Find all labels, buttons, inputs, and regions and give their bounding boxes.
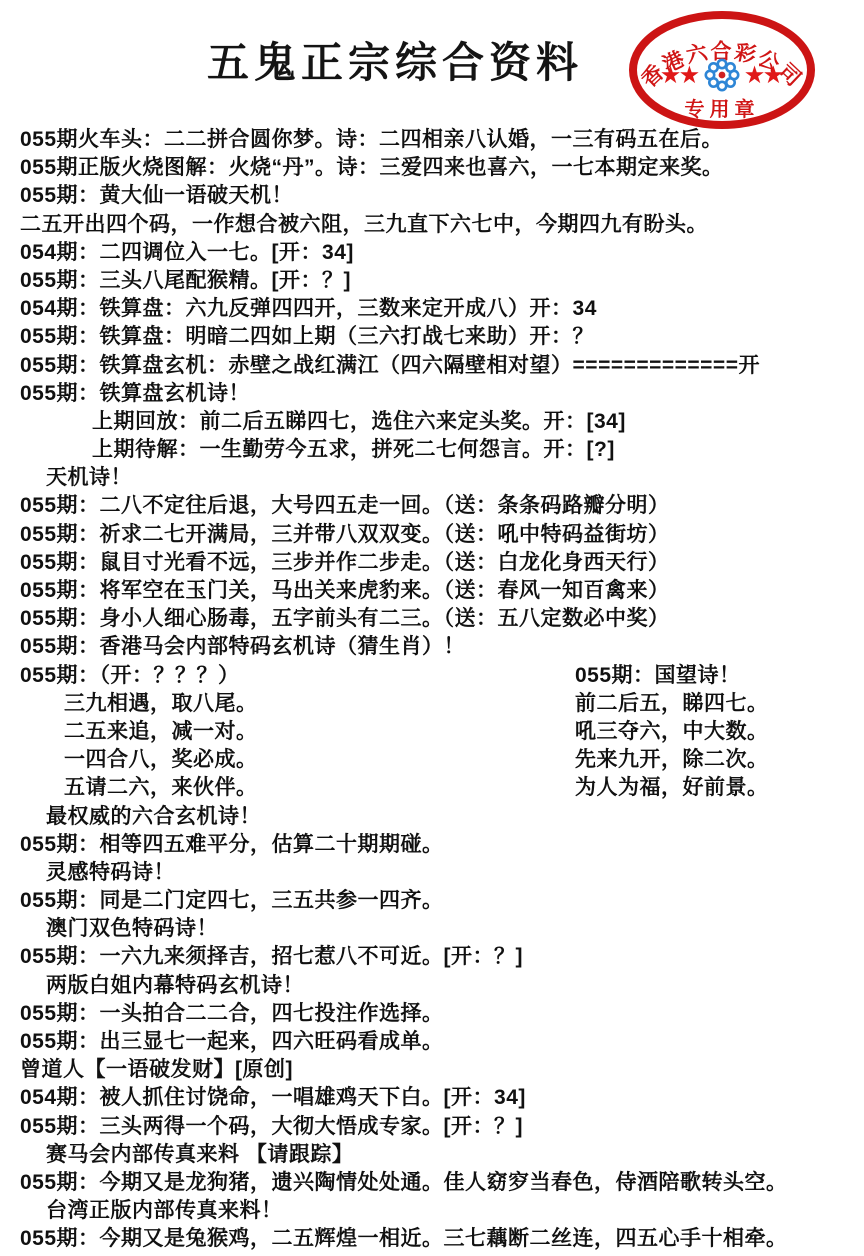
text-line: 二五来追，减一对。 吼三夺六，中大数。 (0, 718, 864, 746)
line-text: 055期：铁算盘玄机：赤壁之战红满江（四六隔壁相对望）=============… (20, 354, 760, 377)
text-line: 055期：出三显七一起来，四六旺码看成单。 (0, 1028, 864, 1056)
text-line: 天机诗！ (0, 464, 864, 492)
line-text: 055期：（开：？？？） (20, 664, 240, 687)
text-line: 055期：三头八尾配猴精。[开：？] (0, 267, 864, 295)
text-line: 055期：身小人细心肠毒，五字前头有二三。（送：五八定数必中奖） (0, 605, 864, 633)
text-line: 055期火车头：二二拼合圆你梦。诗：二四相亲八认婚，一三有码五在后。 (0, 126, 864, 154)
line-text: 最权威的六合玄机诗！ (46, 805, 261, 828)
text-line: 两版白姐内幕特码玄机诗！ (0, 972, 864, 1000)
text-line: 054期：被人抓住讨饶命，一唱雄鸡天下白。[开：34] (0, 1084, 864, 1112)
stamp-graphic: 香港六合彩公司 ★★ ★★ 专用章 (624, 8, 820, 134)
text-line: 055期：铁算盘玄机诗！ (0, 380, 864, 408)
flower-icon (706, 60, 738, 90)
line-text: 055期：祈求二七开满局，三并带八双双变。（送：吼中特码益街坊） (20, 523, 670, 546)
line-text: 055期：一头拍合二二合，四七投注作选择。 (20, 1002, 444, 1025)
line-text: 055期：鼠目寸光看不远，三步并作二步走。（送：白龙化身西天行） (20, 551, 670, 574)
text-line: 055期：一头拍合二二合，四七投注作选择。 (0, 1000, 864, 1028)
line-text: 赛马会内部传真来料 【请跟踪】 (46, 1143, 353, 1166)
text-line: 五请二六，来伙伴。 为人为福，好前景。 (0, 774, 864, 802)
line-text: 055期：出三显七一起来，四六旺码看成单。 (20, 1030, 444, 1053)
line-text: 054期：二四调位入一七。[开：34] (20, 241, 354, 264)
line-text: 二五来追，减一对。 (64, 720, 258, 743)
line-text: 五请二六，来伙伴。 (64, 776, 258, 799)
text-line: 054期：二四调位入一七。[开：34] (0, 239, 864, 267)
line-text: 天机诗！ (46, 466, 132, 489)
text-line: 曾道人【一语破发财】[原创] (0, 1056, 864, 1084)
text-line: 055期：三头两得一个码，大彻大悟成专家。[开：？] (0, 1113, 864, 1141)
text-line: 055期：香港马会内部特码玄机诗（猜生肖）！ (0, 633, 864, 661)
text-line: 055期：鼠目寸光看不远，三步并作二步走。（送：白龙化身西天行） (0, 549, 864, 577)
text-line: 055期：将军空在玉门关，马出关来虎豹来。（送：春风一知百禽来） (0, 577, 864, 605)
line-text: 055期：铁算盘：明暗二四如上期（三六打战七来助）开：？ (20, 325, 594, 348)
stamp-stars-left-icon: ★★ (661, 64, 699, 87)
line-text: 055期：黄大仙一语破天机！ (20, 184, 293, 207)
line-right: 为人为福，好前景。 (575, 774, 769, 802)
text-line: 灵感特码诗！ (0, 859, 864, 887)
text-line: 055期：铁算盘玄机：赤壁之战红满江（四六隔壁相对望）=============… (0, 352, 864, 380)
company-stamp: 香港六合彩公司 ★★ ★★ 专用章 (624, 8, 820, 134)
line-text: 055期：将军空在玉门关，马出关来虎豹来。（送：春风一知百禽来） (20, 579, 670, 602)
line-right: 055期：国望诗！ (575, 662, 741, 690)
text-line: 澳门双色特码诗！ (0, 915, 864, 943)
text-line: 055期：铁算盘：明暗二四如上期（三六打战七来助）开：？ (0, 323, 864, 351)
line-text: 上期待解：一生勤劳今五求，拼死二七何怨言。开：[?] (92, 438, 615, 461)
line-right: 先来九开，除二次。 (575, 746, 769, 774)
line-text: 055期：三头八尾配猴精。[开：？] (20, 269, 351, 292)
line-text: 055期：铁算盘玄机诗！ (20, 382, 250, 405)
line-text: 曾道人【一语破发财】[原创] (20, 1058, 293, 1081)
stamp-stars-right-icon: ★★ (745, 64, 783, 87)
line-text: 二五开出四个码，一作想合被六阻，三九直下六七中，今期四九有盼头。 (20, 213, 708, 236)
line-right: 吼三夺六，中大数。 (575, 718, 769, 746)
text-line: 上期回放：前二后五睇四七，选住六来定头奖。开：[34] (0, 408, 864, 436)
text-line: 一四合八，奖必成。 先来九开，除二次。 (0, 746, 864, 774)
text-line: 赛马会内部传真来料 【请跟踪】 (0, 1141, 864, 1169)
text-line: 054期：铁算盘：六九反弹四四开，三数来定开成八）开：34 (0, 295, 864, 323)
line-text: 灵感特码诗！ (46, 861, 175, 884)
line-text: 055期：三头两得一个码，大彻大悟成专家。[开：？] (20, 1115, 523, 1138)
line-text: 055期正版火烧图解：火烧“丹”。诗：三爱四来也喜六，一七本期定来奖。 (20, 156, 724, 179)
line-text: 台湾正版内部传真来料！ (46, 1199, 283, 1222)
text-line: 二五开出四个码，一作想合被六阻，三九直下六七中，今期四九有盼头。 (0, 211, 864, 239)
line-text: 055期：今期又是龙狗猪，遗兴陶情处处通。佳人窈穸当春色，侍酒陪歌转头空。 (20, 1171, 788, 1194)
line-text: 两版白姐内幕特码玄机诗！ (46, 974, 304, 997)
line-text: 055期：身小人细心肠毒，五字前头有二三。（送：五八定数必中奖） (20, 607, 670, 630)
text-line: 台湾正版内部传真来料！ (0, 1197, 864, 1225)
text-line: 055期：（开：？？？） 055期：国望诗！ (0, 662, 864, 690)
line-text: 055期：香港马会内部特码玄机诗（猜生肖）！ (20, 635, 465, 658)
line-text: 055期火车头：二二拼合圆你梦。诗：二四相亲八认婚，一三有码五在后。 (20, 128, 723, 151)
line-text: 054期：被人抓住讨饶命，一唱雄鸡天下白。[开：34] (20, 1086, 526, 1109)
text-line: 055期：一六九来须择吉，招七惹八不可近。[开：？] (0, 943, 864, 971)
line-text: 055期：一六九来须择吉，招七惹八不可近。[开：？] (20, 945, 523, 968)
text-line: 055期：同是二门定四七，三五共参一四齐。 (0, 887, 864, 915)
text-line: 三九相遇，取八尾。 前二后五，睇四七。 (0, 690, 864, 718)
line-text: 054期：铁算盘：六九反弹四四开，三数来定开成八）开：34 (20, 297, 597, 320)
text-line: 055期：二八不定往后退，大号四五走一回。（送：条条码路瓣分明） (0, 492, 864, 520)
line-text: 三九相遇，取八尾。 (64, 692, 258, 715)
line-right: 前二后五，睇四七。 (575, 690, 769, 718)
stamp-bottom-text: 专用章 (685, 97, 760, 121)
text-line: 最权威的六合玄机诗！ (0, 803, 864, 831)
text-line: 055期：祈求二七开满局，三并带八双双变。（送：吼中特码益街坊） (0, 521, 864, 549)
line-text: 上期回放：前二后五睇四七，选住六来定头奖。开：[34] (92, 410, 626, 433)
line-text: 一四合八，奖必成。 (64, 748, 258, 771)
line-text: 055期：今期又是兔猴鸡，二五辉煌一相近。三七藕断二丝连，四五心手十相牵。 (20, 1227, 788, 1250)
line-text: 澳门双色特码诗！ (46, 917, 218, 940)
document-lines: 055期火车头：二二拼合圆你梦。诗：二四相亲八认婚，一三有码五在后。 055期正… (0, 126, 864, 1254)
line-text: 055期：同是二门定四七，三五共参一四齐。 (20, 889, 444, 912)
text-line: 055期：相等四五难平分，估算二十期期碰。 (0, 831, 864, 859)
text-line: 055期：黄大仙一语破天机！ (0, 182, 864, 210)
text-line: 055期正版火烧图解：火烧“丹”。诗：三爱四来也喜六，一七本期定来奖。 (0, 154, 864, 182)
text-line: 055期：今期又是龙狗猪，遗兴陶情处处通。佳人窈穸当春色，侍酒陪歌转头空。 (0, 1169, 864, 1197)
text-line: 055期：今期又是兔猴鸡，二五辉煌一相近。三七藕断二丝连，四五心手十相牵。 (0, 1225, 864, 1253)
line-text: 055期：二八不定往后退，大号四五走一回。（送：条条码路瓣分明） (20, 494, 670, 517)
text-line: 上期待解：一生勤劳今五求，拼死二七何怨言。开：[?] (0, 436, 864, 464)
line-text: 055期：相等四五难平分，估算二十期期碰。 (20, 833, 444, 856)
